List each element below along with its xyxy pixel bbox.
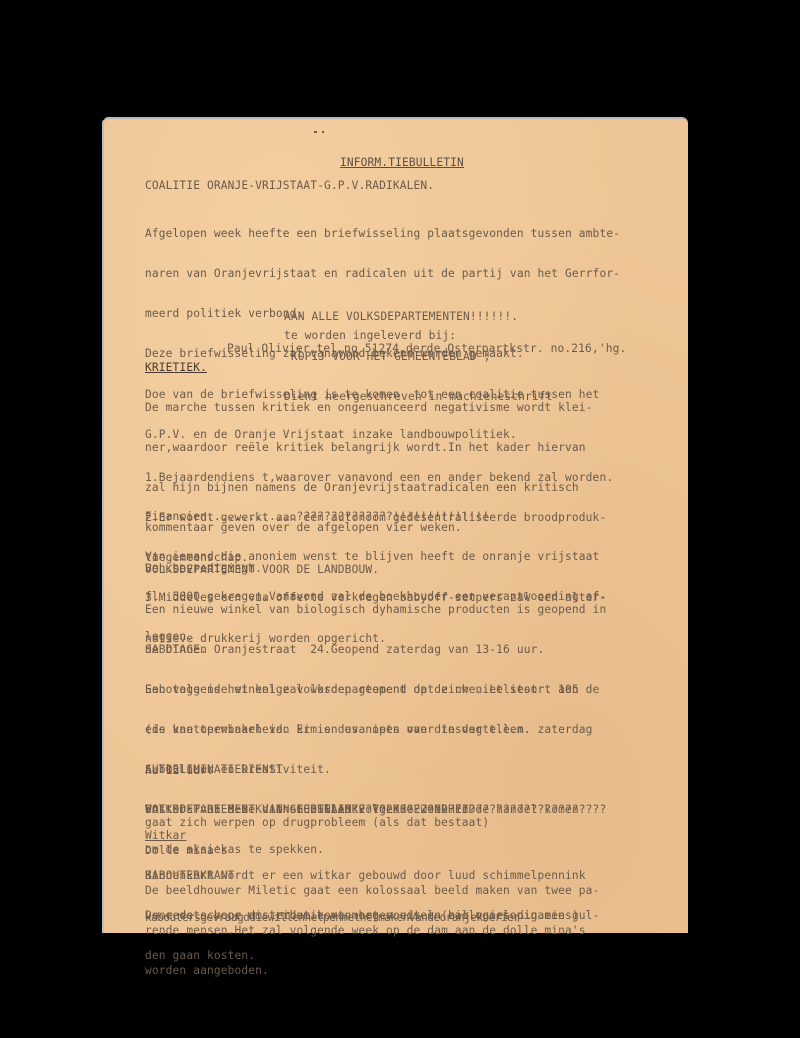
section-heading-kabouterkrant: KABOUTERKRANT	[145, 869, 235, 882]
text-line: Een nieuwe winkel van biologisch dyhamis…	[145, 603, 606, 616]
paper-mark	[314, 131, 317, 133]
text-line: naren van Oranjevrijstaat en radicalen u…	[145, 267, 620, 280]
text-line: Afgelopen week heefte een briefwisseling…	[145, 227, 620, 240]
text-line: eis van openbaarheid. Er is dus niets ov…	[145, 723, 606, 736]
kabouterkrant-paragraph: De eerste voor amsterdam komt morgen uit…	[145, 882, 599, 989]
section-heading-gezondheid: VOLKSDEPARTEMENT VAN GEESTELIJKE VOLKSGE…	[145, 803, 476, 816]
notice-address-label: te worden ingeleverd bij:	[284, 329, 456, 342]
notice-line: AAN ALLE VOLKSDEPARTEMENTEN!!!!!!.	[284, 310, 553, 323]
section-heading-autoeliminatie: AUTOELIMINATIEDIENST	[145, 763, 283, 776]
gezondheid-paragraph: gaat zich werpen op drugprobleem (als da…	[145, 816, 489, 829]
section-heading-sabotage: SABOTAGE.	[145, 643, 207, 656]
text-line: den gaan kosten.	[145, 949, 599, 962]
closing-line: kaboutersgevraagddiewillenhelpenmethetma…	[145, 911, 550, 924]
list-item: 1.Bejaardendiens t,waarover vanavond een…	[145, 471, 613, 484]
section-heading-kritiek: KRIETIEK.	[145, 361, 207, 374]
section-heading-financien: Financien.............??????????????!!!!…	[145, 510, 489, 523]
section-heading-witkar: Witkar	[145, 829, 186, 842]
text-line: Van iemand die anoniem wenst te blijven …	[145, 550, 606, 563]
headline: COALITIE ORANJE-VRIJSTAAT-G.P.V.RADIKALE…	[145, 179, 434, 192]
paper-mark	[322, 131, 324, 133]
typewritten-page: INFORM.TIEBULLETIN COALITIE ORANJE-VRIJS…	[104, 119, 688, 933]
notice-address: Paul Olivier,tel.no 51274,derde Osterpar…	[227, 342, 626, 355]
text-line: Sabotage is het enige volksdepartement d…	[145, 683, 606, 696]
section-heading-landbouw: VOLKSDEPARTEMENT VOOR DE LANDBOUW.	[145, 563, 379, 576]
text-line: de binnen Oranjestraat 24.Geopend zaterd…	[145, 643, 606, 656]
text-line: De marche tussen kritiek en ongenuanceer…	[145, 401, 593, 414]
document-title: INFORM.TIEBULLETIN	[340, 156, 464, 169]
